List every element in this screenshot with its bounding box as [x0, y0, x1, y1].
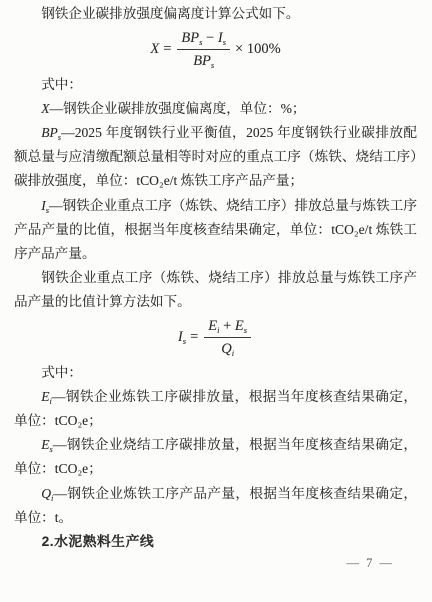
formula2-denominator: Qi: [204, 338, 251, 359]
var-x: X: [41, 101, 49, 116]
document-page: 钢铁企业碳排放强度偏离度计算公式如下。 X=BPs − IsBPs× 100% …: [0, 0, 432, 602]
formula2-numerator: Ei + Es: [204, 316, 251, 338]
definition-bps-text: —2025 年度钢铁行业平衡值，2025 年度钢铁行业碳排放配额总量与应清缴配额…: [14, 125, 417, 188]
definition-bps: BPs—2025 年度钢铁行业平衡值，2025 年度钢铁行业碳排放配额总量与应清…: [14, 121, 417, 193]
formula-deviation-degree: X=BPs − IsBPs× 100%: [14, 28, 417, 71]
var-e: E: [41, 389, 49, 404]
var-e: E: [41, 437, 49, 452]
var-e: E: [208, 318, 217, 334]
formula-ratio: Is=Ei + EsQi: [14, 316, 417, 359]
where-label-2: 式中：: [14, 361, 417, 385]
formula1-minus: −: [206, 30, 214, 46]
var-q: Q: [221, 341, 231, 357]
definition-ei-text: —钢铁企业炼铁工序碳排放量，根据当年度核查结果确定，单位：tCO₂e；: [14, 389, 417, 428]
var-bp: BP: [41, 125, 58, 140]
subscript-i: i: [217, 325, 219, 335]
formula1-denominator: BPs: [177, 50, 230, 71]
subscript-s: s: [211, 60, 214, 70]
intro-paragraph: 钢铁企业碳排放强度偏离度计算公式如下。: [14, 2, 417, 26]
subscript-s: s: [223, 37, 226, 47]
page-content: 钢铁企业碳排放强度偏离度计算公式如下。 X=BPs − IsBPs× 100% …: [14, 2, 417, 554]
formula1-numerator: BPs − Is: [177, 28, 230, 50]
section-heading-cement: 2.水泥熟料生产线: [14, 530, 417, 554]
formula2-lhs: Is: [178, 329, 186, 345]
definition-ei: Ei—钢铁企业炼铁工序碳排放量，根据当年度核查结果确定，单位：tCO₂e；: [14, 385, 417, 433]
subscript-s: s: [244, 325, 247, 335]
subscript-i: i: [232, 348, 234, 358]
var-bp: BP: [193, 53, 211, 69]
subscript-s: s: [199, 37, 202, 47]
where-label-1: 式中：: [14, 73, 417, 97]
definition-x: X—钢铁企业碳排放强度偏离度，单位：%；: [14, 97, 417, 121]
definition-qi: Qi—钢铁企业炼铁工序产品产量，根据当年度核查结果确定，单位：t。: [14, 482, 417, 530]
page-number: — 7 —: [347, 556, 395, 571]
formula1-lhs: X: [150, 41, 159, 57]
var-q: Q: [41, 486, 51, 501]
definition-is-text: —钢铁企业重点工序（炼铁、烧结工序）排放总量与炼铁工序产品产量的比值，根据当年度…: [14, 198, 417, 261]
definition-is: Is—钢铁企业重点工序（炼铁、烧结工序）排放总量与炼铁工序产品产量的比值，根据当…: [14, 194, 417, 266]
formula2-plus: +: [223, 318, 231, 334]
formula2-fraction: Ei + EsQi: [204, 316, 251, 359]
definition-qi-text: —钢铁企业炼铁工序产品产量，根据当年度核查结果确定，单位：t。: [14, 486, 417, 525]
formula2-equals: =: [186, 329, 202, 345]
definition-x-text: —钢铁企业碳排放强度偏离度，单位：%；: [50, 101, 306, 116]
method-paragraph: 钢铁企业重点工序（炼铁、烧结工序）排放总量与炼铁工序产品产量的比值计算方法如下。: [14, 266, 417, 314]
definition-es-text: —钢铁企业烧结工序碳排放量，根据当年度核查结果确定，单位：tCO₂e；: [14, 437, 417, 476]
formula1-equals: =: [159, 41, 175, 57]
var-bp: BP: [181, 30, 199, 46]
definition-es: Es—钢铁企业烧结工序碳排放量，根据当年度核查结果确定，单位：tCO₂e；: [14, 433, 417, 481]
formula1-fraction: BPs − IsBPs: [177, 28, 230, 71]
var-e: E: [235, 318, 244, 334]
formula1-times-100: × 100%: [232, 41, 281, 57]
